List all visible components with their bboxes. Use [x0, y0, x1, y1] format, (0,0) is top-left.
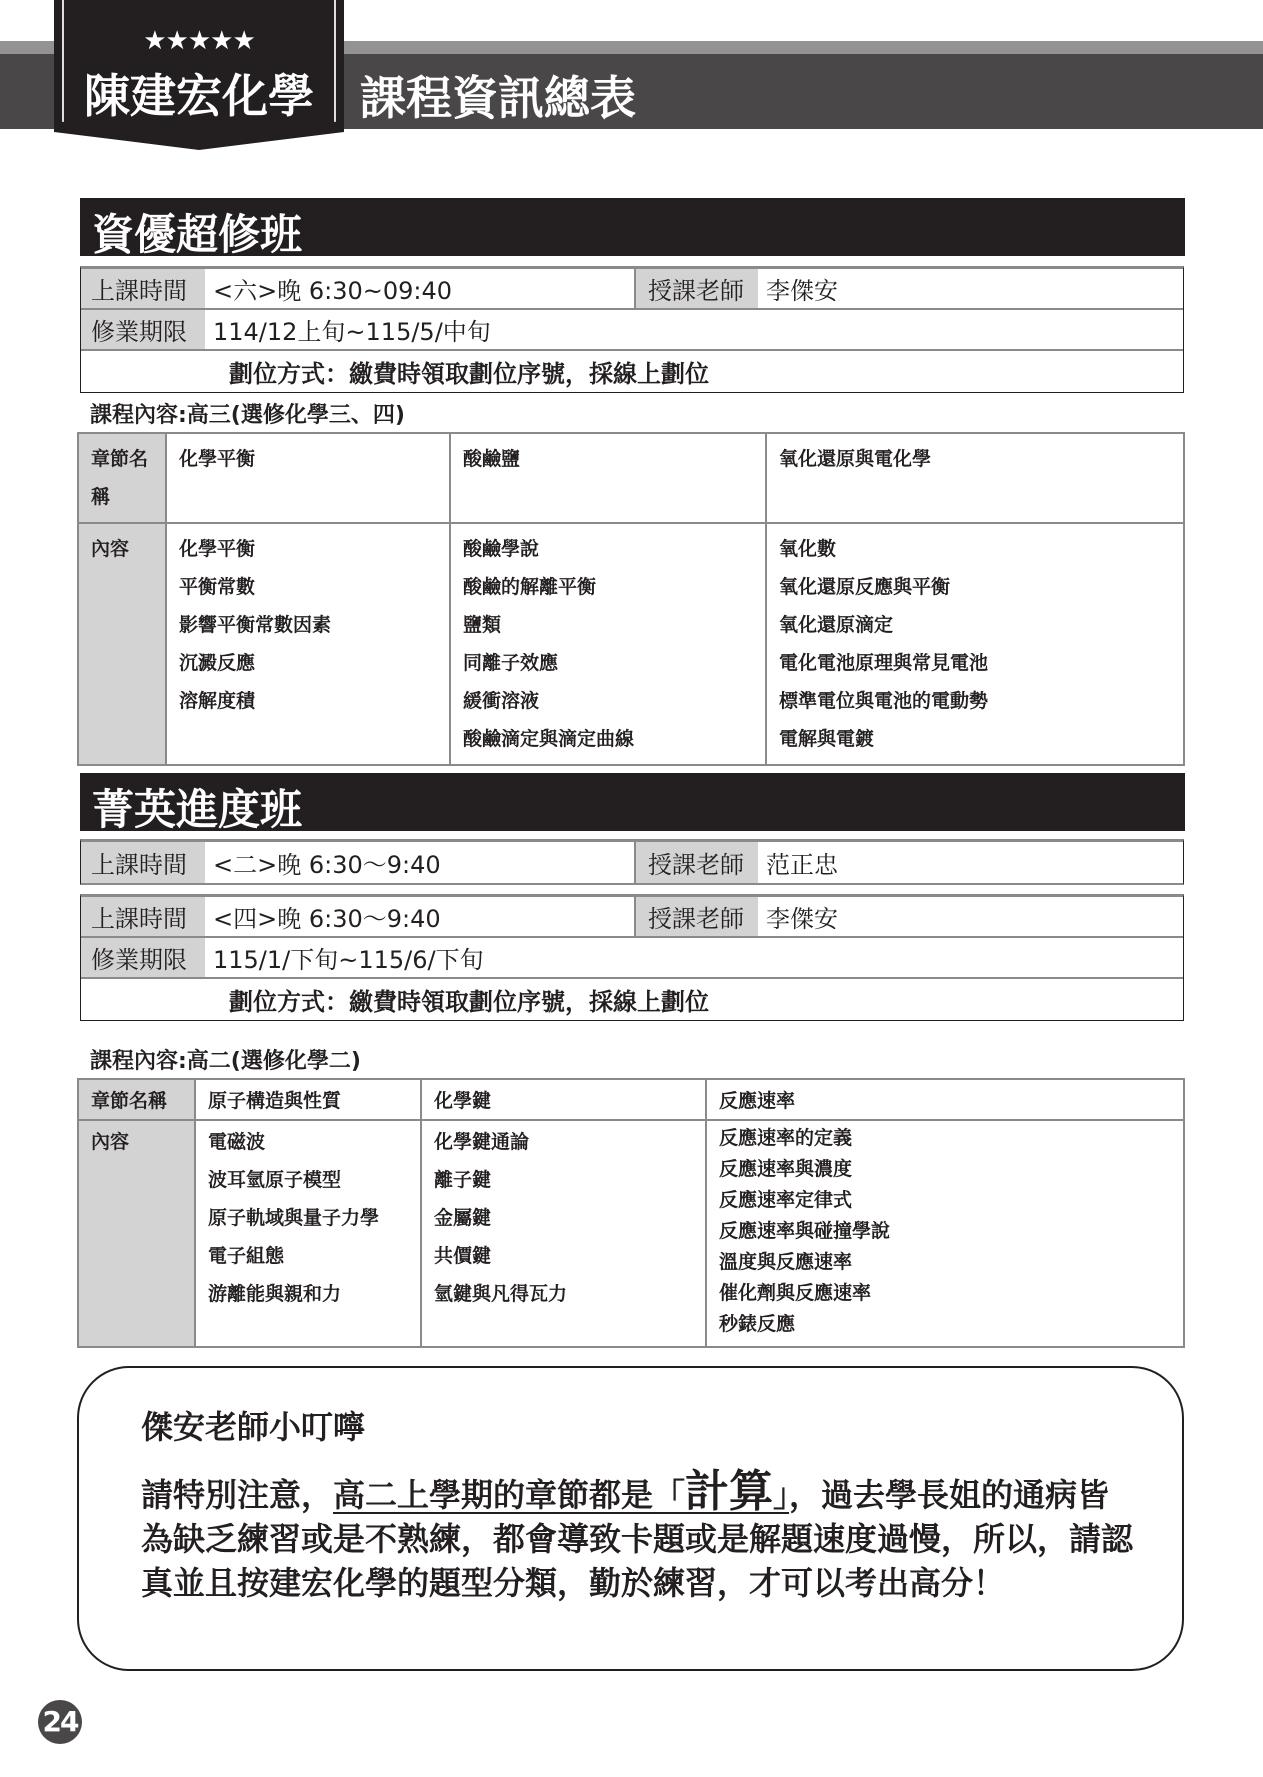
- class-info-box: 上課時間 <六>晚 6:30~09:40 授課老師 李傑安 修業期限 114/1…: [80, 266, 1184, 393]
- list-item: 氧化還原滴定: [779, 606, 1171, 644]
- list-item: 標準電位與電池的電動勢: [779, 682, 1171, 720]
- teacher-name: 李傑安: [758, 271, 838, 306]
- period-label: 修業期限: [81, 938, 205, 977]
- period-value: 114/12上旬~115/5/中旬: [205, 312, 491, 347]
- stars-icon: ★★★★★: [54, 26, 344, 56]
- course-content-label: 課程內容:高三(選修化學三、四): [90, 398, 405, 429]
- list-item: 沉澱反應: [179, 644, 437, 682]
- topic-list: 酸鹼學說 酸鹼的解離平衡 鹽類 同離子效應 緩衝溶液 酸鹼滴定與滴定曲線: [450, 523, 766, 765]
- note-underlined: 高二上學期的章節都是「計算」: [333, 1476, 789, 1514]
- class-time: <四>晚 6:30～9:40: [205, 899, 441, 934]
- list-item: 氫鍵與凡得瓦力: [434, 1275, 693, 1313]
- list-item: 波耳氫原子模型: [208, 1161, 408, 1199]
- schedule-row: 上課時間 <四>晚 6:30～9:40 授課老師 李傑安: [81, 897, 1183, 938]
- table-row: 內容 電磁波 波耳氫原子模型 原子軌域與量子力學 電子組態 游離能與親和力 化學…: [78, 1120, 1184, 1347]
- seat-method: 劃位方式：繳費時領取劃位序號，採線上劃位: [81, 351, 1183, 392]
- list-item: 電解與電鍍: [779, 720, 1171, 758]
- list-item: 酸鹼滴定與滴定曲線: [463, 720, 753, 758]
- page-title: 課程資訊總表: [360, 62, 636, 128]
- seat-method: 劃位方式：繳費時領取劃位序號，採線上劃位: [81, 979, 1183, 1020]
- content-table: 章節名稱 原子構造與性質 化學鍵 反應速率 內容 電磁波 波耳氫原子模型 原子軌…: [77, 1078, 1185, 1348]
- table-row: 內容 化學平衡 平衡常數 影響平衡常數因素 沉澱反應 溶解度積 酸鹼學說 酸鹼的…: [78, 523, 1184, 765]
- topic-list: 電磁波 波耳氫原子模型 原子軌域與量子力學 電子組態 游離能與親和力: [195, 1120, 421, 1347]
- topic-list: 氧化數 氧化還原反應與平衡 氧化還原滴定 電化電池原理與常見電池 標準電位與電池…: [766, 523, 1184, 765]
- teacher-cell: 授課老師 李傑安: [634, 269, 838, 308]
- topic-list: 化學鍵通論 離子鍵 金屬鍵 共價鍵 氫鍵與凡得瓦力: [421, 1120, 706, 1347]
- period-row: 修業期限 115/1/下旬~115/6/下旬: [81, 938, 1183, 979]
- period-label: 修業期限: [81, 310, 205, 349]
- list-item: 酸鹼學說: [463, 530, 753, 568]
- topic-list: 反應速率的定義 反應速率與濃度 反應速率定律式 反應速率與碰撞學說 溫度與反應速…: [706, 1120, 1184, 1347]
- class-info-box: 上課時間 <二>晚 6:30～9:40 授課老師 范正忠: [80, 839, 1184, 885]
- chapter-name: 反應速率: [706, 1079, 1184, 1120]
- chapter-name: 酸鹼鹽: [450, 433, 766, 523]
- chapter-header: 章節名稱: [78, 1079, 195, 1120]
- section-title-bar: 菁英進度班: [80, 773, 1185, 831]
- time-label: 上課時間: [81, 842, 205, 883]
- list-item: 金屬鍵: [434, 1199, 693, 1237]
- list-item: 緩衝溶液: [463, 682, 753, 720]
- page-number: 24: [38, 1700, 82, 1744]
- section-title: 資優超修班: [92, 202, 302, 262]
- list-item: 離子鍵: [434, 1161, 693, 1199]
- list-item: 溶解度積: [179, 682, 437, 720]
- content-header: 內容: [78, 523, 166, 765]
- time-label: 上課時間: [81, 897, 205, 936]
- teacher-name: 范正忠: [758, 845, 838, 880]
- list-item: 溫度與反應速率: [719, 1247, 1171, 1278]
- list-item: 反應速率與濃度: [719, 1154, 1171, 1185]
- teacher-label: 授課老師: [636, 269, 758, 308]
- list-item: 反應速率定律式: [719, 1185, 1171, 1216]
- course-content-label: 課程內容:高二(選修化學二): [90, 1044, 361, 1075]
- chapter-header: 章節名稱: [78, 433, 166, 523]
- chapter-name: 原子構造與性質: [195, 1079, 421, 1120]
- list-item: 化學鍵通論: [434, 1123, 693, 1161]
- list-item: 秒錶反應: [719, 1309, 1171, 1340]
- period-row: 修業期限 114/12上旬~115/5/中旬: [81, 310, 1183, 351]
- teacher-label: 授課老師: [636, 897, 758, 936]
- schedule-row: 上課時間 <六>晚 6:30~09:40 授課老師 李傑安: [81, 269, 1183, 310]
- schedule-row: 上課時間 <二>晚 6:30～9:40 授課老師 范正忠: [81, 842, 1183, 883]
- content-header: 內容: [78, 1120, 195, 1347]
- teacher-name: 李傑安: [758, 899, 838, 934]
- list-item: 電磁波: [208, 1123, 408, 1161]
- list-item: 平衡常數: [179, 568, 437, 606]
- class-time: <二>晚 6:30～9:40: [205, 845, 441, 880]
- list-item: 氧化數: [779, 530, 1171, 568]
- content-table: 章節名稱 化學平衡 酸鹼鹽 氧化還原與電化學 內容 化學平衡 平衡常數 影響平衡…: [77, 432, 1185, 766]
- list-item: 鹽類: [463, 606, 753, 644]
- list-item: 原子軌域與量子力學: [208, 1199, 408, 1237]
- list-item: 電化電池原理與常見電池: [779, 644, 1171, 682]
- topic-list: 化學平衡 平衡常數 影響平衡常數因素 沉澱反應 溶解度積: [166, 523, 450, 765]
- teacher-cell: 授課老師 范正忠: [634, 842, 838, 883]
- chapter-header-label: 章節名稱: [91, 448, 148, 508]
- chapter-name: 氧化還原與電化學: [766, 433, 1184, 523]
- list-item: 游離能與親和力: [208, 1275, 408, 1313]
- note-body: 請特別注意，高二上學期的章節都是「計算」，過去學長姐的通病皆為缺乏練習或是不熟練…: [141, 1470, 1141, 1605]
- note-underlined-end: 」: [773, 1476, 789, 1514]
- table-row: 章節名稱 原子構造與性質 化學鍵 反應速率: [78, 1079, 1184, 1120]
- list-item: 化學平衡: [179, 530, 437, 568]
- brand-name: 陳建宏化學: [54, 60, 344, 126]
- period-value: 115/1/下旬~115/6/下旬: [205, 940, 484, 975]
- list-item: 催化劑與反應速率: [719, 1278, 1171, 1309]
- list-item: 反應速率與碰撞學說: [719, 1216, 1171, 1247]
- time-label: 上課時間: [81, 269, 205, 308]
- list-item: 酸鹼的解離平衡: [463, 568, 753, 606]
- list-item: 影響平衡常數因素: [179, 606, 437, 644]
- chapter-name: 化學鍵: [421, 1079, 706, 1120]
- list-item: 同離子效應: [463, 644, 753, 682]
- teacher-note-box: 傑安老師小叮嚀 請特別注意，高二上學期的章節都是「計算」，過去學長姐的通病皆為缺…: [77, 1366, 1184, 1671]
- list-item: 電子組態: [208, 1237, 408, 1275]
- list-item: 共價鍵: [434, 1237, 693, 1275]
- list-item: 氧化還原反應與平衡: [779, 568, 1171, 606]
- table-row: 章節名稱 化學平衡 酸鹼鹽 氧化還原與電化學: [78, 433, 1184, 523]
- class-time: <六>晚 6:30~09:40: [205, 271, 452, 306]
- list-item: 反應速率的定義: [719, 1123, 1171, 1154]
- class-info-box: 上課時間 <四>晚 6:30～9:40 授課老師 李傑安 修業期限 115/1/…: [80, 894, 1184, 1021]
- chapter-name: 化學平衡: [166, 433, 450, 523]
- teacher-cell: 授課老師 李傑安: [634, 897, 838, 936]
- note-text: 請特別注意，: [141, 1476, 333, 1514]
- section-title: 菁英進度班: [92, 777, 302, 837]
- teacher-label: 授課老師: [636, 842, 758, 883]
- note-underlined-text: 高二上學期的章節都是「: [333, 1476, 685, 1514]
- section-title-bar: 資優超修班: [80, 198, 1185, 256]
- note-title: 傑安老師小叮嚀: [141, 1402, 365, 1448]
- note-emphasis: 計算: [685, 1466, 773, 1517]
